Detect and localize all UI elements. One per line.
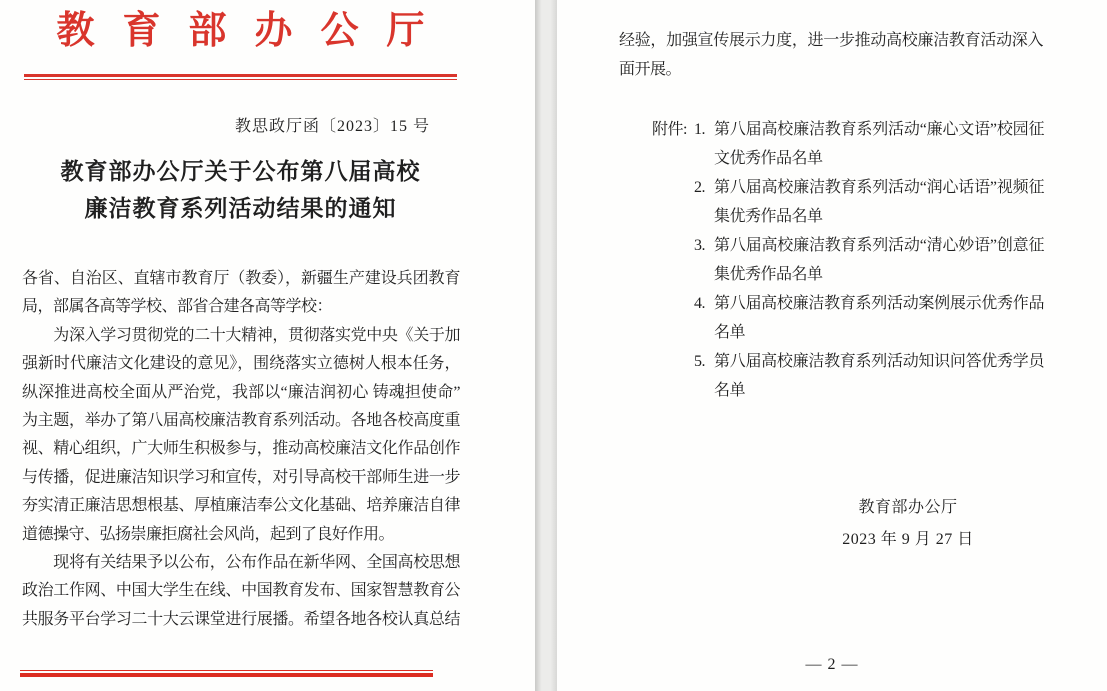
notice-title-line1: 教育部办公厅关于公布第八届高校 bbox=[24, 153, 457, 190]
page-2-body: 经验，加强宣传展示力度，进一步推动高校廉洁教育活动深入全 面开展。 bbox=[619, 26, 1043, 84]
body-line: 夯实清正廉洁思想根基、厚植廉洁奉公文化基础、培养廉洁自律 bbox=[22, 492, 460, 520]
page-2: 经验，加强宣传展示力度，进一步推动高校廉洁教育活动深入全 面开展。 附件: 1.… bbox=[557, 0, 1107, 691]
body-line: 道德操守、弘扬崇廉拒腐社会风尚，起到了良好作用。 bbox=[22, 521, 460, 549]
body-line: 视、精心组织，广大师生积极参与，推动高校廉洁文化作品创作 bbox=[22, 435, 460, 463]
body-line: 强新时代廉洁文化建设的意见》，围绕落实立德树人根本任务， bbox=[22, 350, 460, 378]
issuing-office: 教育部办公厅 bbox=[798, 492, 1018, 524]
attachments-list: 1. 第八届高校廉洁教育系列活动“廉心文语”校园征文优秀作品名单 2. 第八届高… bbox=[694, 115, 1044, 405]
body-line: 与传播，促进廉洁知识学习和宣传，对引导高校干部师生进一步 bbox=[22, 464, 460, 492]
issue-date: 2023 年 9 月 27 日 bbox=[798, 524, 1018, 556]
letterhead-title: 教育部办公厅 bbox=[24, 6, 457, 56]
page-number: — 2 — bbox=[557, 656, 1107, 674]
body-line: 局，部属各高等学校、部省合建各高等学校： bbox=[22, 293, 460, 321]
attachments-block: 附件: 1. 第八届高校廉洁教育系列活动“廉心文语”校园征文优秀作品名单 2. … bbox=[652, 115, 1044, 405]
attachment-number: 1. bbox=[694, 115, 714, 173]
footer-rule bbox=[20, 670, 433, 677]
attachment-text: 第八届高校廉洁教育系列活动“廉心文语”校园征文优秀作品名单 bbox=[714, 115, 1044, 173]
attachment-item: 4. 第八届高校廉洁教育系列活动案例展示优秀作品名单 bbox=[694, 289, 1044, 347]
body-line: 现将有关结果予以公布，公布作品在新华网、全国高校思想 bbox=[22, 549, 460, 577]
document-viewer: 教育部办公厅 教思政厅函〔2023〕15 号 教育部办公厅关于公布第八届高校 廉… bbox=[0, 0, 1107, 691]
page-gap bbox=[535, 0, 557, 691]
attachment-number: 2. bbox=[694, 173, 714, 231]
attachment-text: 第八届高校廉洁教育系列活动“清心妙语”创意征集优秀作品名单 bbox=[714, 231, 1044, 289]
attachment-item: 3. 第八届高校廉洁教育系列活动“清心妙语”创意征集优秀作品名单 bbox=[694, 231, 1044, 289]
body-line: 为主题，举办了第八届高校廉洁教育系列活动。各地各校高度重 bbox=[22, 407, 460, 435]
page-1-body: 各省、自治区、直辖市教育厅（教委），新疆生产建设兵团教育 局，部属各高等学校、部… bbox=[22, 265, 460, 634]
attachment-number: 5. bbox=[694, 347, 714, 405]
body-line: 共服务平台学习二十大云课堂进行展播。希望各地各校认真总结 bbox=[22, 606, 460, 634]
attachment-item: 1. 第八届高校廉洁教育系列活动“廉心文语”校园征文优秀作品名单 bbox=[694, 115, 1044, 173]
attachment-text: 第八届高校廉洁教育系列活动“润心话语”视频征集优秀作品名单 bbox=[714, 173, 1044, 231]
attachment-number: 4. bbox=[694, 289, 714, 347]
body-line: 为深入学习贯彻党的二十大精神，贯彻落实党中央《关于加 bbox=[22, 322, 460, 350]
letterhead-rule bbox=[24, 74, 457, 80]
attachment-text: 第八届高校廉洁教育系列活动知识问答优秀学员名单 bbox=[714, 347, 1044, 405]
body-line: 经验，加强宣传展示力度，进一步推动高校廉洁教育活动深入全 bbox=[619, 26, 1043, 55]
doc-number: 教思政厅函〔2023〕15 号 bbox=[24, 113, 430, 136]
body-line: 政治工作网、中国大学生在线、中国教育发布、国家智慧教育公 bbox=[22, 577, 460, 605]
page-1: 教育部办公厅 教思政厅函〔2023〕15 号 教育部办公厅关于公布第八届高校 廉… bbox=[0, 0, 535, 691]
notice-title: 教育部办公厅关于公布第八届高校 廉洁教育系列活动结果的通知 bbox=[24, 153, 457, 227]
attachment-item: 2. 第八届高校廉洁教育系列活动“润心话语”视频征集优秀作品名单 bbox=[694, 173, 1044, 231]
signature-block: 教育部办公厅 2023 年 9 月 27 日 bbox=[798, 492, 1018, 556]
attachment-number: 3. bbox=[694, 231, 714, 289]
body-line: 纵深推进高校全面从严治党，我部以“廉洁润初心 铸魂担使命” bbox=[22, 379, 460, 407]
body-line: 面开展。 bbox=[619, 55, 1043, 84]
attachments-label: 附件: bbox=[652, 115, 694, 144]
body-line: 各省、自治区、直辖市教育厅（教委），新疆生产建设兵团教育 bbox=[22, 265, 460, 293]
attachment-text: 第八届高校廉洁教育系列活动案例展示优秀作品名单 bbox=[714, 289, 1044, 347]
notice-title-line2: 廉洁教育系列活动结果的通知 bbox=[24, 190, 457, 227]
attachment-item: 5. 第八届高校廉洁教育系列活动知识问答优秀学员名单 bbox=[694, 347, 1044, 405]
